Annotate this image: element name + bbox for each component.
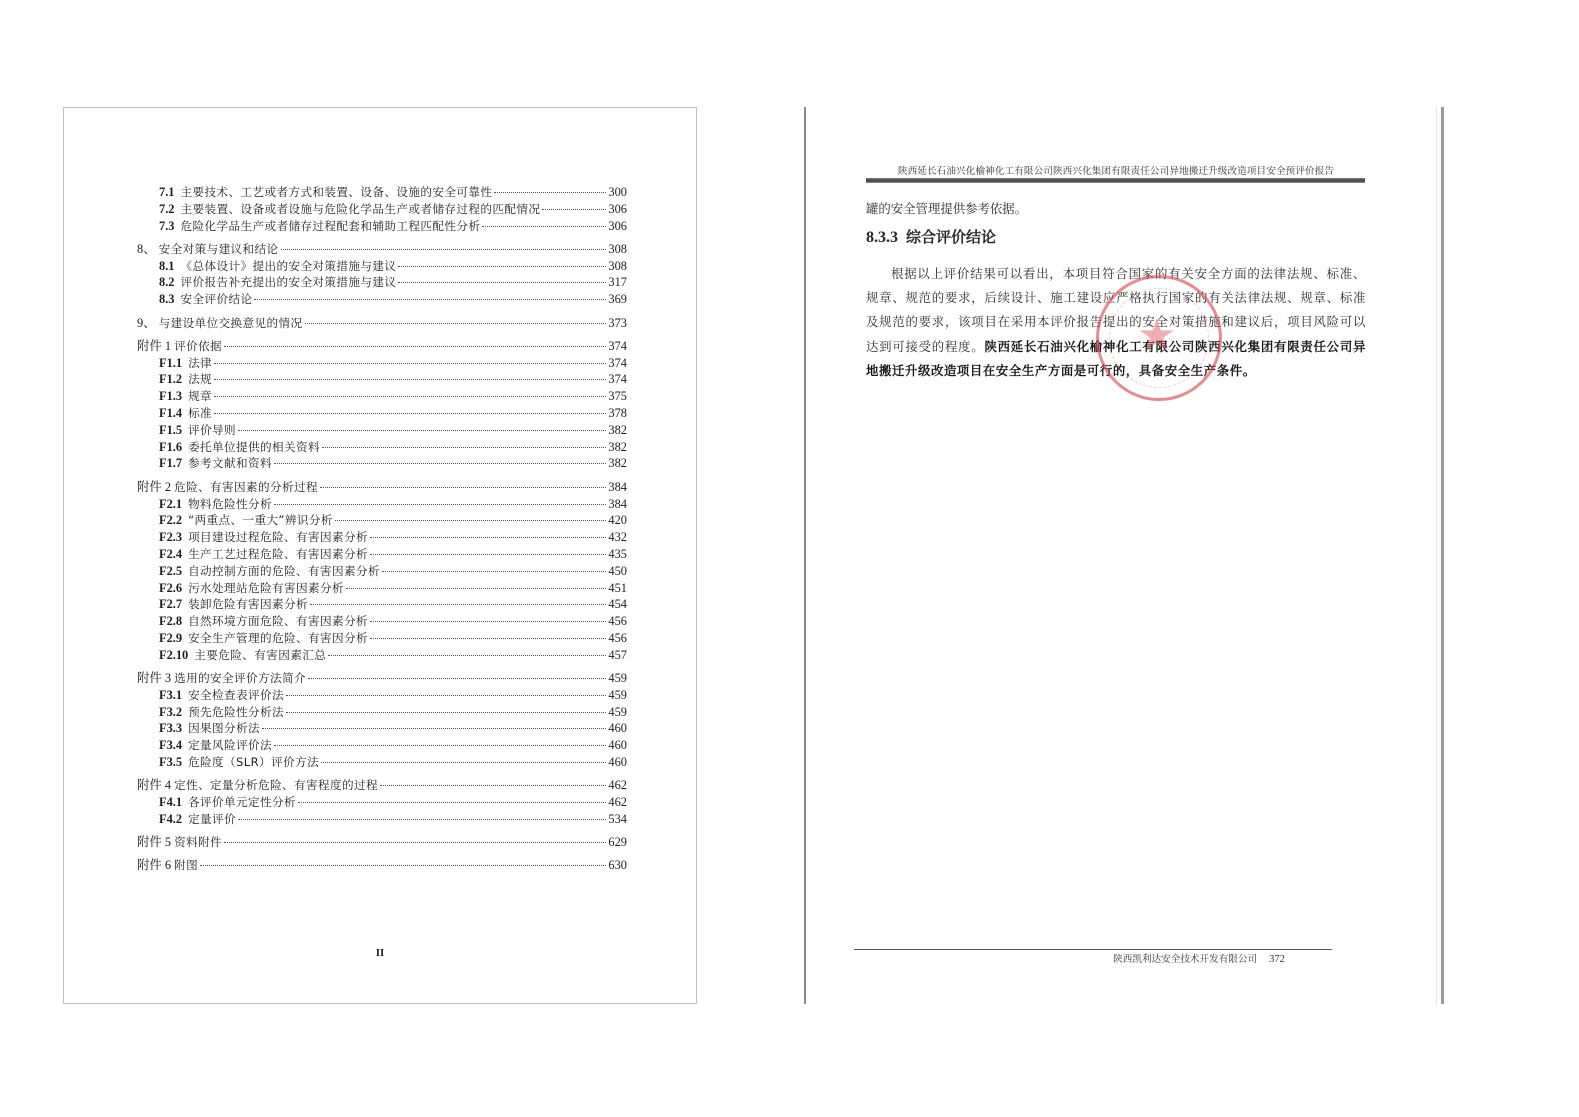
toc-dot-leader <box>286 712 606 713</box>
toc-entry-title: 附图 <box>174 857 198 874</box>
toc-entry-page: 629 <box>608 834 627 851</box>
toc-entry[interactable]: F2.7装卸危险有害因素分析454 <box>137 596 627 613</box>
toc-entry-title: 定性、定量分析危险、有害程度的过程 <box>174 777 378 794</box>
toc-entry-page: 373 <box>608 315 627 332</box>
toc-entry[interactable]: F1.6委托单位提供的相关资料382 <box>137 439 627 456</box>
toc-entry-page: 435 <box>608 546 627 563</box>
toc-entry[interactable]: F1.3规章375 <box>137 388 627 405</box>
toc-entry-page: 378 <box>608 405 627 422</box>
toc-entry[interactable]: F3.3因果图分析法460 <box>137 720 627 737</box>
toc-dot-leader <box>346 588 606 589</box>
toc-entry-number: F3.1 <box>159 687 182 704</box>
toc-entry-page: 432 <box>608 529 627 546</box>
toc-entry-title: 生产工艺过程危险、有害因素分析 <box>188 546 368 563</box>
toc-entry-number: 附件 5 <box>137 834 171 851</box>
toc-entry-title: 危险化学品生产或者储存过程配套和辅助工程匹配性分析 <box>181 218 481 235</box>
toc-entry[interactable]: F2.6污水处理站危险有害因素分析451 <box>137 580 627 597</box>
continued-text: 罐的安全管理提供参考依据。 <box>866 199 1366 217</box>
toc-entry[interactable]: F1.7参考文献和资料382 <box>137 455 627 472</box>
toc-page-number: II <box>64 947 696 959</box>
toc-dot-leader <box>382 571 606 572</box>
toc-dot-leader <box>321 762 606 763</box>
toc-entry[interactable]: F3.4定量风险评价法460 <box>137 737 627 754</box>
toc-entry-title: 安全生产管理的危险、有害因分析 <box>188 630 368 647</box>
toc-entry-title: 选用的安全评价方法简介 <box>174 670 306 687</box>
toc-entry-title: 装卸危险有害因素分析 <box>188 596 308 613</box>
toc-entry[interactable]: 8.2评价报告补充提出的安全对策措施与建议317 <box>137 274 627 291</box>
section-title: 综合评价结论 <box>906 228 996 246</box>
toc-entry-page: 374 <box>608 355 627 372</box>
toc-dot-leader <box>310 604 606 605</box>
toc-dot-leader <box>398 266 606 267</box>
toc-entry-page: 382 <box>608 455 627 472</box>
toc-entry-title: 主要危险、有害因素汇总 <box>194 647 326 664</box>
toc-entry-number: 8.2 <box>159 274 175 291</box>
toc-entry-page: 454 <box>608 596 627 613</box>
toc-entry[interactable]: F2.1物料危险性分析384 <box>137 496 627 513</box>
toc-entry-title: 因果图分析法 <box>188 720 260 737</box>
toc-entry[interactable]: 附件 5资料附件629 <box>137 834 627 851</box>
toc-entry-title: 物料危险性分析 <box>188 496 272 513</box>
toc-entry-title: 参考文献和资料 <box>188 455 272 472</box>
toc-entry-page: 374 <box>608 338 627 355</box>
toc-dot-leader <box>274 745 606 746</box>
toc-entry-title: 法律 <box>188 355 212 372</box>
toc-entry-page: 369 <box>608 291 627 308</box>
toc-entry-page: 456 <box>608 613 627 630</box>
toc-entry[interactable]: F2.9安全生产管理的危险、有害因分析456 <box>137 630 627 647</box>
toc-entry-number: 7.3 <box>159 218 175 235</box>
toc-dot-leader <box>298 802 606 803</box>
toc-entry[interactable]: 7.3危险化学品生产或者储存过程配套和辅助工程匹配性分析306 <box>137 218 627 235</box>
page-footer: 陕西凯利达安全技术开发有限公司372 <box>854 951 1544 965</box>
toc-entry-title: 安全对策与建议和结论 <box>159 241 279 258</box>
toc-entry-page: 459 <box>608 687 627 704</box>
toc-dot-leader <box>254 299 606 300</box>
toc-dot-leader <box>262 728 606 729</box>
toc-entry-page: 462 <box>608 777 627 794</box>
toc-entry-number: F4.1 <box>159 794 182 811</box>
toc-dot-leader <box>286 695 606 696</box>
toc-entry-number: F3.2 <box>159 704 182 721</box>
toc-dot-leader <box>320 487 606 488</box>
toc-entry-number: 9、 <box>137 315 156 332</box>
toc-entry[interactable]: 附件 4定性、定量分析危险、有害程度的过程462 <box>137 777 627 794</box>
toc-entry-page: 306 <box>608 201 627 218</box>
toc-entry-title: 自动控制方面的危险、有害因素分析 <box>188 563 380 580</box>
toc-entry-number: F4.2 <box>159 811 182 828</box>
page-edge-left <box>804 107 806 1004</box>
toc-entry[interactable]: F2.5自动控制方面的危险、有害因素分析450 <box>137 563 627 580</box>
toc-entry-number: 8.3 <box>159 291 175 308</box>
toc-entry[interactable]: 7.1主要技术、工艺或者方式和装置、设备、设施的安全可靠性300 <box>137 184 627 201</box>
toc-entry[interactable]: 附件 3 选用的安全评价方法简介459 <box>137 670 627 687</box>
toc-dot-leader <box>224 842 606 843</box>
toc-dot-leader <box>200 865 606 866</box>
toc-entry-title: 各评价单元定性分析 <box>188 794 296 811</box>
toc-page: 7.1主要技术、工艺或者方式和装置、设备、设施的安全可靠性3007.2主要装置、… <box>63 107 697 1004</box>
report-page: 陕西延长石油兴化榆神化工有限公司陕西兴化集团有限责任公司异地搬迁升级改造项目安全… <box>804 107 1444 1004</box>
toc-dot-leader <box>305 323 607 324</box>
toc-entry[interactable]: 8、安全对策与建议和结论308 <box>137 241 627 258</box>
section-heading: 8.3.3综合评价结论 <box>866 226 996 247</box>
toc-entry-page: 382 <box>608 422 627 439</box>
toc-entry-number: F2.10 <box>159 647 188 664</box>
toc-entry[interactable]: 7.2主要装置、设备或者设施与危险化学品生产或者储存过程的匹配情况306 <box>137 201 627 218</box>
toc-entry-title: 危险、有害因素的分析过程 <box>174 479 318 496</box>
toc-entry-title: 安全检查表评价法 <box>188 687 284 704</box>
toc-entry[interactable]: F3.2预先危险性分析法459 <box>137 704 627 721</box>
toc-dot-leader <box>335 520 607 521</box>
toc-entry-number: 8.1 <box>159 258 175 275</box>
toc-entry-number: F1.2 <box>159 371 182 388</box>
toc-dot-leader <box>238 430 606 431</box>
section-number: 8.3.3 <box>866 229 898 246</box>
toc-entry-number: F1.3 <box>159 388 182 405</box>
toc-entry-number: 附件 1 <box>137 338 171 355</box>
toc-entry-number: 附件 6 <box>137 857 171 874</box>
toc-entry-page: 457 <box>608 647 627 664</box>
toc-entry-page: 456 <box>608 630 627 647</box>
toc-entry-number: F1.4 <box>159 405 182 422</box>
toc-entry-title: 污水处理站危险有害因素分析 <box>188 580 344 597</box>
toc-dot-leader <box>224 346 606 347</box>
toc-entry-number: F2.7 <box>159 596 182 613</box>
toc-dot-leader <box>281 249 607 250</box>
toc-entry-number: F1.5 <box>159 422 182 439</box>
toc-entry-number: F2.4 <box>159 546 182 563</box>
toc-entry[interactable]: F1.1法律374 <box>137 355 627 372</box>
toc-entry-page: 317 <box>608 274 627 291</box>
table-of-contents: 7.1主要技术、工艺或者方式和装置、设备、设施的安全可靠性3007.2主要装置、… <box>137 184 627 874</box>
toc-entry-number: F2.2 <box>159 512 182 529</box>
toc-entry-title: 评价导则 <box>188 422 236 439</box>
toc-entry[interactable]: 附件 6附图630 <box>137 857 627 874</box>
toc-entry-number: 附件 3 <box>137 670 171 687</box>
footer-rule <box>854 949 1332 950</box>
toc-entry-page: 450 <box>608 563 627 580</box>
toc-dot-leader <box>238 819 606 820</box>
toc-entry-title: 定量风险评价法 <box>188 737 272 754</box>
toc-entry-page: 374 <box>608 371 627 388</box>
toc-entry-page: 420 <box>608 512 627 529</box>
toc-entry-title: 定量评价 <box>188 811 236 828</box>
toc-entry-title: 《总体设计》提出的安全对策措施与建议 <box>181 258 397 275</box>
toc-dot-leader <box>328 655 606 656</box>
toc-entry-title: 危险度（SLR）评价方法 <box>188 754 319 771</box>
toc-entry[interactable]: F2.2“两重点、一重大”辨识分析420 <box>137 512 627 529</box>
toc-entry-title: 预先危险性分析法 <box>188 704 284 721</box>
toc-entry-title: 法规 <box>188 371 212 388</box>
toc-entry-page: 308 <box>608 241 627 258</box>
toc-dot-leader <box>308 678 606 679</box>
toc-entry-number: F2.5 <box>159 563 182 580</box>
toc-dot-leader <box>380 785 606 786</box>
conclusion-paragraph: 根据以上评价结果可以看出，本项目符合国家的有关安全方面的法律法规、标准、规章、规… <box>866 262 1366 383</box>
toc-entry[interactable]: 8.3安全评价结论369 <box>137 291 627 308</box>
toc-dot-leader <box>370 638 606 639</box>
running-header: 陕西延长石油兴化榆神化工有限公司陕西兴化集团有限责任公司异地搬迁升级改造项目安全… <box>866 163 1366 177</box>
toc-entry-page: 630 <box>608 857 627 874</box>
toc-entry-number: F3.5 <box>159 754 182 771</box>
toc-entry[interactable]: 8.1《总体设计》提出的安全对策措施与建议308 <box>137 258 627 275</box>
toc-entry-page: 306 <box>608 218 627 235</box>
toc-entry[interactable]: F2.8自然环境方面危险、有害因素分析456 <box>137 613 627 630</box>
page-edge-shadow <box>1436 107 1437 1004</box>
toc-entry-page: 460 <box>608 754 627 771</box>
toc-entry-number: F2.8 <box>159 613 182 630</box>
toc-entry-title: 主要装置、设备或者设施与危险化学品生产或者储存过程的匹配情况 <box>181 201 541 218</box>
toc-entry-title: 资料附件 <box>174 834 222 851</box>
toc-entry-number: F2.9 <box>159 630 182 647</box>
toc-entry-page: 460 <box>608 737 627 754</box>
toc-entry-title: 安全评价结论 <box>181 291 253 308</box>
toc-entry-number: 7.1 <box>159 184 175 201</box>
toc-entry[interactable]: F3.1安全检查表评价法459 <box>137 687 627 704</box>
toc-entry-page: 375 <box>608 388 627 405</box>
toc-entry[interactable]: F4.2定量评价534 <box>137 811 627 828</box>
toc-entry[interactable]: F2.3项目建设过程危险、有害因素分析432 <box>137 529 627 546</box>
toc-entry-page: 462 <box>608 794 627 811</box>
toc-dot-leader <box>494 192 606 193</box>
toc-entry-title: 评价依据 <box>174 338 222 355</box>
toc-entry-title: 标准 <box>188 405 212 422</box>
toc-entry[interactable]: 9、与建设单位交换意见的情况373 <box>137 315 627 332</box>
toc-entry-title: 规章 <box>188 388 212 405</box>
toc-entry-title: 自然环境方面危险、有害因素分析 <box>188 613 368 630</box>
toc-dot-leader <box>370 554 606 555</box>
toc-dot-leader <box>214 413 606 414</box>
header-rule <box>866 178 1365 183</box>
toc-entry-title: “两重点、一重大”辨识分析 <box>188 512 333 529</box>
toc-entry-page: 384 <box>608 496 627 513</box>
toc-entry-title: 委托单位提供的相关资料 <box>188 439 320 456</box>
footer-company: 陕西凯利达安全技术开发有限公司 <box>1113 954 1257 965</box>
toc-entry-number: 7.2 <box>159 201 175 218</box>
toc-entry-number: F3.3 <box>159 720 182 737</box>
toc-entry-number: 附件 4 <box>137 777 171 794</box>
toc-entry-page: 300 <box>608 184 627 201</box>
toc-entry[interactable]: 附件 1评价依据374 <box>137 338 627 355</box>
toc-entry[interactable]: F1.2法规374 <box>137 371 627 388</box>
toc-entry-number: F2.6 <box>159 580 182 597</box>
toc-entry-number: 附件 2 <box>137 479 171 496</box>
toc-entry-page: 451 <box>608 580 627 597</box>
toc-dot-leader <box>398 282 606 283</box>
toc-entry-number: F2.3 <box>159 529 182 546</box>
toc-entry-number: F2.1 <box>159 496 182 513</box>
toc-entry-title: 主要技术、工艺或者方式和装置、设备、设施的安全可靠性 <box>181 184 493 201</box>
toc-entry[interactable]: F1.5评价导则382 <box>137 422 627 439</box>
toc-dot-leader <box>274 463 606 464</box>
toc-entry[interactable]: F3.5危险度（SLR）评价方法460 <box>137 754 627 771</box>
toc-dot-leader <box>370 621 606 622</box>
toc-entry-title: 评价报告补充提出的安全对策措施与建议 <box>181 274 397 291</box>
toc-entry-page: 384 <box>608 479 627 496</box>
toc-entry-title: 与建设单位交换意见的情况 <box>159 315 303 332</box>
toc-entry-title: 项目建设过程危险、有害因素分析 <box>188 529 368 546</box>
toc-entry-page: 308 <box>608 258 627 275</box>
toc-entry-page: 460 <box>608 720 627 737</box>
toc-dot-leader <box>542 209 606 210</box>
toc-entry[interactable]: F1.4标准378 <box>137 405 627 422</box>
toc-entry-number: F3.4 <box>159 737 182 754</box>
toc-entry[interactable]: F4.1各评价单元定性分析462 <box>137 794 627 811</box>
footer-page-number: 372 <box>1269 954 1285 965</box>
toc-dot-leader <box>370 537 606 538</box>
toc-entry[interactable]: 附件 2危险、有害因素的分析过程384 <box>137 479 627 496</box>
toc-entry-page: 534 <box>608 811 627 828</box>
toc-entry-number: F1.1 <box>159 355 182 372</box>
toc-entry-number: 8、 <box>137 241 156 258</box>
toc-entry[interactable]: F2.4生产工艺过程危险、有害因素分析435 <box>137 546 627 563</box>
toc-dot-leader <box>482 226 606 227</box>
toc-dot-leader <box>214 396 606 397</box>
toc-entry-page: 382 <box>608 439 627 456</box>
toc-entry[interactable]: F2.10主要危险、有害因素汇总457 <box>137 647 627 664</box>
toc-entry-page: 459 <box>608 704 627 721</box>
toc-dot-leader <box>214 379 606 380</box>
toc-entry-page: 459 <box>608 670 627 687</box>
toc-dot-leader <box>322 447 606 448</box>
page-edge-right <box>1441 107 1444 1004</box>
toc-dot-leader <box>214 363 606 364</box>
toc-entry-number: F1.6 <box>159 439 182 456</box>
toc-dot-leader <box>274 504 606 505</box>
toc-entry-number: F1.7 <box>159 455 182 472</box>
